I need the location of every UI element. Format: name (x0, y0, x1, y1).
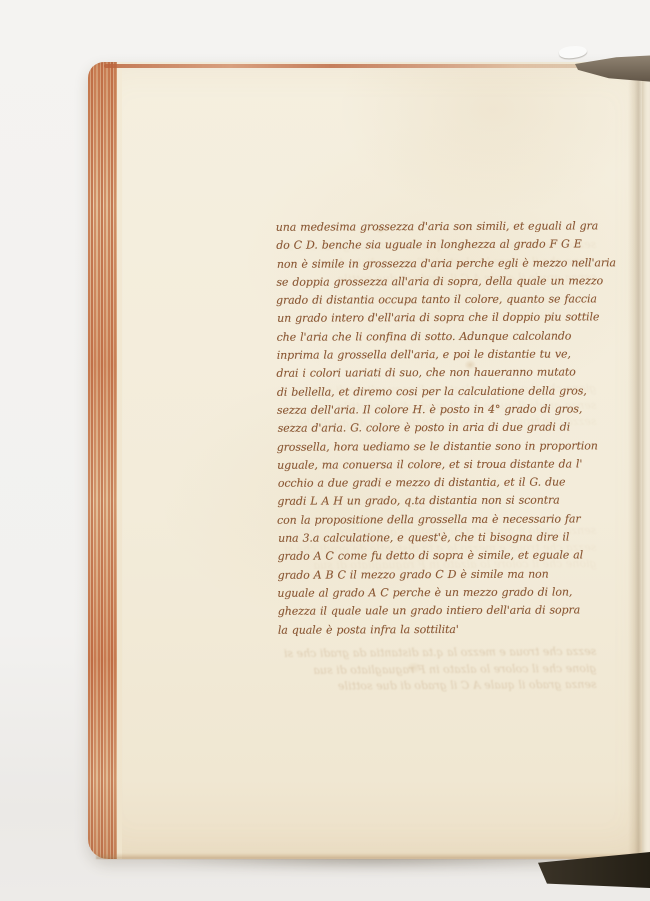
next-page-edge (642, 62, 650, 859)
text-line: la quale è posta infra la sottilita' (278, 620, 600, 640)
page-bottom-edge (96, 853, 636, 859)
verso-showthrough-block: sezza che troua e mezzo la q.ta distanti… (284, 644, 597, 696)
text-line: una 3.a calculatione, e quest'è, che ti … (278, 528, 600, 548)
text-line: se doppia grossezza all'aria di sopra, d… (276, 272, 598, 292)
text-line: un grado intero d'ell'aria di sopra che … (277, 309, 599, 329)
fore-edge-page-stack (88, 62, 122, 859)
photo-surface: sezza che troua e mezzo la q.ta distanti… (0, 0, 650, 901)
paper-notch (558, 44, 587, 59)
showthrough-line: sezza che troua e mezzo la q.ta distanti… (284, 644, 597, 663)
text-line: una medesima grossezza d'aria son simili… (276, 217, 598, 237)
manuscript-page: sezza che troua e mezzo la q.ta distanti… (88, 62, 650, 859)
text-line: grado di distantia occupa tanto il color… (276, 290, 598, 310)
text-line: sezza d'aria. G. colore è posto in aria … (278, 419, 600, 439)
text-line: grado A B C il mezzo grado C D è simile … (278, 565, 600, 585)
text-line: do C D. benche sia uguale in longhezza a… (276, 236, 598, 256)
text-line: occhio a due gradi e mezzo di distantia,… (278, 473, 600, 493)
text-line: grado A C come fu detto di sopra è simil… (278, 547, 600, 567)
manuscript-text-block: una medesima grossezza d'aria son simili… (276, 217, 600, 639)
text-line: inprima la grossella dell'aria, e poi le… (277, 345, 599, 365)
text-line: drai i colori uariati di suo, che non ha… (276, 364, 598, 384)
text-line: grossella, hora uediamo se le distantie … (277, 437, 599, 457)
text-line: uguale, ma conuersa il colore, et si tro… (277, 455, 599, 475)
text-line: uguale al grado A C perche è un mezzo gr… (277, 583, 599, 603)
text-line: di bellella, et diremo cosi per la calcu… (277, 382, 599, 402)
text-line: sezza dell'aria. Il colore H. è posto in… (277, 400, 599, 420)
fore-edge-top-leaf (117, 62, 122, 859)
text-line: che l'aria che li confina di sotto. Adun… (277, 327, 599, 347)
text-line: non è simile in grossezza d'aria perche … (277, 254, 599, 274)
text-line: con la propositione della grossella ma è… (277, 510, 599, 530)
page-top-red-edge (104, 64, 609, 68)
showthrough-line: senza grado il quale A C il grado di due… (284, 677, 597, 696)
text-line: ghezza il quale uale un grado intiero de… (278, 602, 600, 622)
gutter-shadow (628, 62, 642, 859)
text-line: gradi L A H un grado, q.ta distantia non… (277, 492, 599, 512)
